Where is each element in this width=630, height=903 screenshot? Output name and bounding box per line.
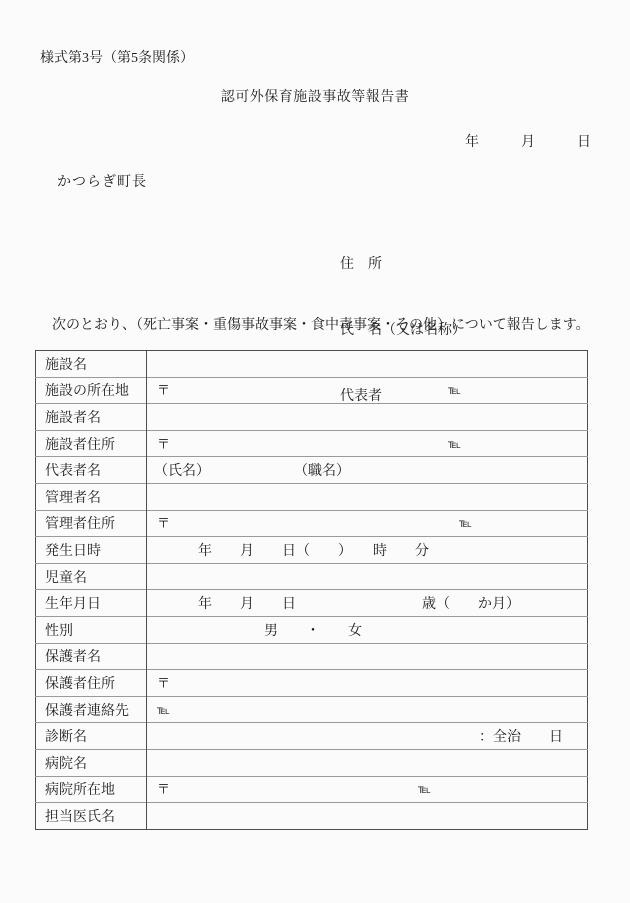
table-row-occurrence-datetime: 発生日時 年 月 日（ ） 時 分 (36, 537, 588, 564)
tel-mark-icon: ℡ (418, 783, 431, 795)
row-value-blank (147, 351, 588, 378)
table-row-representative-name: 代表者名 （氏名） （職名） (36, 457, 588, 484)
table-row-operator-address: 施設者住所 〒 ℡ (36, 430, 588, 457)
row-label: 管理者住所 (36, 510, 147, 537)
row-label: 発生日時 (36, 537, 147, 564)
tel-mark-icon: ℡ (157, 704, 170, 716)
table-row-child-name: 児童名 (36, 563, 588, 590)
intro-sentence: 次のとおり、（死亡事案・重傷事故事案・食中毒事案・その他）について報告します。 (52, 314, 590, 334)
table-row-birthdate: 生年月日 年 月 日 歳（ か月） (36, 590, 588, 617)
tel-mark-icon: ℡ (459, 517, 472, 529)
table-row-doctor-name: 担当医氏名 (36, 803, 588, 830)
table-row-hospital-name: 病院名 (36, 749, 588, 776)
row-label: 病院名 (36, 749, 147, 776)
postal-mark-icon: 〒 (157, 676, 170, 689)
row-label: 診断名 (36, 723, 147, 750)
table-row-facility-address: 施設の所在地 〒 ℡ (36, 377, 588, 404)
row-value: ℡ (147, 696, 588, 723)
tel-mark-icon: ℡ (448, 384, 461, 396)
row-value-blank (147, 404, 588, 431)
postal-mark-icon: 〒 (157, 384, 170, 397)
row-label: 代表者名 (36, 457, 147, 484)
table-row-hospital-address: 病院所在地 〒 ℡ (36, 776, 588, 803)
row-value-blank (147, 803, 588, 830)
date-blank-line: 年 月 日 (465, 131, 591, 151)
row-value-text: 年 月 日 歳（ か月） (147, 593, 587, 613)
table-row-guardian-name: 保護者名 (36, 643, 588, 670)
table-row-sex: 性別 男 ・ 女 (36, 616, 588, 643)
row-label: 担当医氏名 (36, 803, 147, 830)
row-label: 病院所在地 (36, 776, 147, 803)
table-row-manager-address: 管理者住所 〒 ℡ (36, 510, 588, 537)
row-value-blank (147, 563, 588, 590)
row-value-text: （氏名） （職名） (147, 460, 587, 480)
row-label: 生年月日 (36, 590, 147, 617)
table-row-diagnosis: 診断名 ：全治 日 (36, 723, 588, 750)
report-table: 施設名 施設の所在地 〒 ℡ 施設者名 施設者住所 〒 ℡ 代表者名 （氏名） … (35, 350, 588, 830)
tel-mark-icon: ℡ (448, 438, 461, 450)
form-number: 様式第3号（第5条関係） (40, 47, 194, 67)
row-value-blank (147, 749, 588, 776)
row-label: 性別 (36, 616, 147, 643)
row-label: 施設者名 (36, 404, 147, 431)
row-label: 児童名 (36, 563, 147, 590)
row-label: 保護者連絡先 (36, 696, 147, 723)
row-label: 管理者名 (36, 483, 147, 510)
table-row-facility-name: 施設名 (36, 351, 588, 378)
row-value: ：全治 日 (147, 723, 588, 750)
row-value: 〒 (147, 670, 588, 697)
table-row-guardian-address: 保護者住所 〒 (36, 670, 588, 697)
row-value-blank (147, 643, 588, 670)
row-value: 〒 ℡ (147, 377, 588, 404)
row-value: 〒 ℡ (147, 776, 588, 803)
row-value: 男 ・ 女 (147, 616, 588, 643)
row-value: 〒 ℡ (147, 510, 588, 537)
document-title: 認可外保育施設事故等報告書 (0, 86, 630, 106)
row-label: 施設名 (36, 351, 147, 378)
postal-mark-icon: 〒 (157, 517, 170, 530)
row-label: 保護者住所 (36, 670, 147, 697)
row-value: 〒 ℡ (147, 430, 588, 457)
table-row-operator-name: 施設者名 (36, 404, 588, 431)
row-value-text: 男 ・ 女 (147, 620, 587, 640)
row-label: 施設者住所 (36, 430, 147, 457)
row-value: 年 月 日 歳（ か月） (147, 590, 588, 617)
addressee: かつらぎ町長 (57, 171, 147, 191)
row-value-text: ：全治 日 (147, 726, 587, 746)
row-value-blank (147, 483, 588, 510)
row-label: 保護者名 (36, 643, 147, 670)
row-value-text: 年 月 日（ ） 時 分 (147, 540, 587, 560)
row-value: （氏名） （職名） (147, 457, 588, 484)
table-row-manager-name: 管理者名 (36, 483, 588, 510)
postal-mark-icon: 〒 (157, 783, 170, 796)
table-row-guardian-contact: 保護者連絡先 ℡ (36, 696, 588, 723)
sender-address-label: 住 所 (340, 254, 466, 276)
postal-mark-icon: 〒 (157, 437, 170, 450)
row-label: 施設の所在地 (36, 377, 147, 404)
row-value: 年 月 日（ ） 時 分 (147, 537, 588, 564)
